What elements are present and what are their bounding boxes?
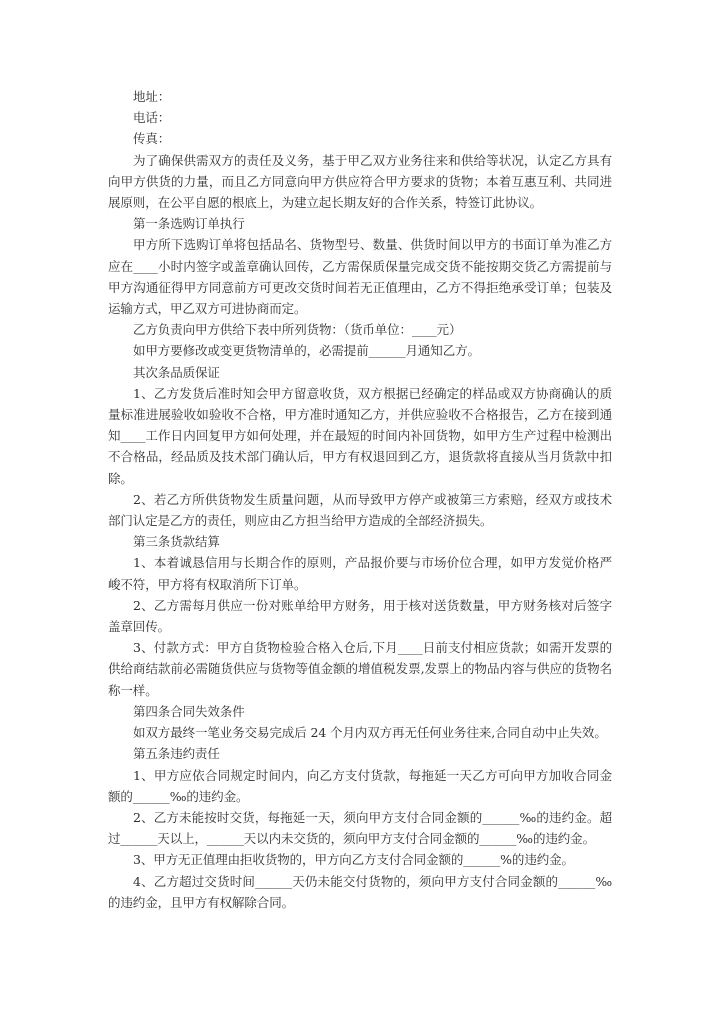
clause4-heading: 第四条合同失效条件 bbox=[108, 701, 612, 722]
list-change-line: 如甲方要修改或变更货物清单的，必需提前______月通知乙方。 bbox=[108, 340, 612, 361]
clause1-heading: 第一条选购订单执行 bbox=[108, 213, 612, 234]
fax-line: 传真： bbox=[108, 128, 612, 149]
clause5-item2: 2、乙方未能按时交货，每拖延一天，须向甲方支付合同金额的______‰的违约金。… bbox=[108, 807, 612, 849]
clause2-heading: 其次条品质保证 bbox=[108, 362, 612, 383]
address-line: 地址： bbox=[108, 86, 612, 107]
preamble: 为了确保供需双方的责任及义务，基于甲乙双方业务往来和供给等状况，认定乙方具有向甲… bbox=[108, 150, 612, 214]
goods-supply-line: 乙方负责向甲方供给下表中所列货物：（货币单位：____元） bbox=[108, 319, 612, 340]
clause5-item3: 3、甲方无正值理由拒收货物的，甲方向乙方支付合同金额的______%的违约金。 bbox=[108, 849, 612, 870]
clause2-item1: 1、乙方发货后准时知会甲方留意收货，双方根据已经确定的样品或双方协商确认的质量标… bbox=[108, 383, 612, 489]
clause5-item1: 1、甲方应依合同规定时间内，向乙方支付货款，每拖延一天乙方可向甲方加收合同金额的… bbox=[108, 765, 612, 807]
clause3-item2: 2、乙方需每月供应一份对账单给甲方财务，用于核对送货数量，甲方财务核对后签字盖章… bbox=[108, 595, 612, 637]
document-page: 地址： 电话： 传真： 为了确保供需双方的责任及义务，基于甲乙双方业务往来和供给… bbox=[108, 86, 612, 913]
clause3-item3: 3、付款方式：甲方自货物检验合格入仓后,下月____日前支付相应货款；如需开发票… bbox=[108, 637, 612, 701]
clause1-body: 甲方所下选购订单将包括品名、货物型号、数量、供货时间以甲方的书面订单为准乙方应在… bbox=[108, 234, 612, 319]
clause3-heading: 第三条货款结算 bbox=[108, 531, 612, 552]
clause3-item1: 1、本着诚恳信用与长期合作的原则，产品报价要与市场价位合理，如甲方发觉价格严峻不… bbox=[108, 552, 612, 594]
clause4-body: 如双方最终一笔业务交易完成后 24 个月内双方再无任何业务往来,合同自动中止失效… bbox=[108, 722, 612, 743]
clause5-item4: 4、乙方超过交货时间______天仍未能交付货物的，须向甲方支付合同金额的___… bbox=[108, 871, 612, 913]
clause2-item2: 2、若乙方所供货物发生质量问题，从而导致甲方停产或被第三方索赔，经双方或技术部门… bbox=[108, 489, 612, 531]
clause5-heading: 第五条违约责任 bbox=[108, 743, 612, 764]
phone-line: 电话： bbox=[108, 107, 612, 128]
